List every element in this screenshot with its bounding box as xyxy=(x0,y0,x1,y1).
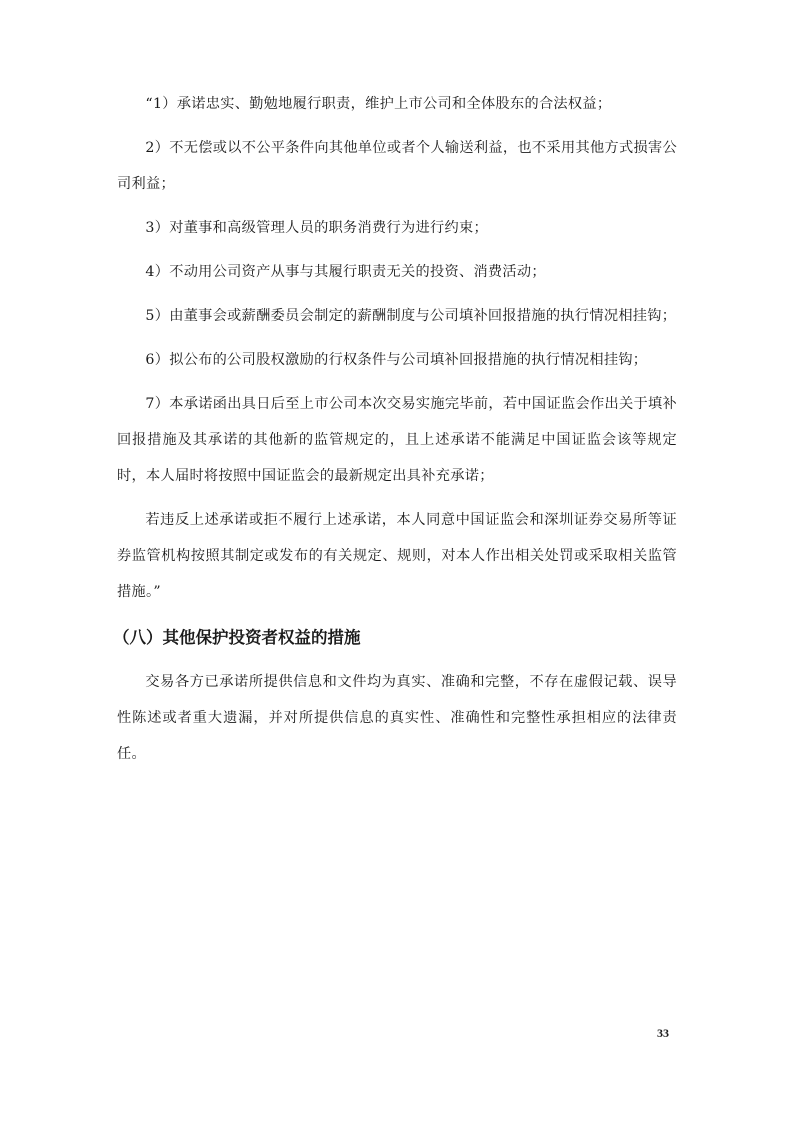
commitment-item-4: 4）不动用公司资产从事与其履行职责无关的投资、消费活动； xyxy=(117,254,677,290)
commitment-item-6: 6）拟公布的公司股权激励的行权条件与公司填补回报措施的执行情况相挂钩； xyxy=(117,342,677,378)
commitment-item-7: 7）本承诺函出具日后至上市公司本次交易实施完毕前，若中国证监会作出关于填补回报措… xyxy=(117,386,677,494)
commitment-item-5: 5）由董事会或薪酬委员会制定的薪酬制度与公司填补回报措施的执行情况相挂钩； xyxy=(117,298,677,334)
violation-clause: 若违反上述承诺或拒不履行上述承诺，本人同意中国证监会和深圳证券交易所等证券监管机… xyxy=(117,502,677,610)
commitment-item-2: 2）不无偿或以不公平条件向其他单位或者个人输送利益，也不采用其他方式损害公司利益… xyxy=(117,130,677,202)
page-number: 33 xyxy=(657,1026,669,1041)
section-body: 交易各方已承诺所提供信息和文件均为真实、准确和完整，不存在虚假记载、误导性陈述或… xyxy=(117,664,677,772)
section-heading: （八）其他保护投资者权益的措施 xyxy=(113,620,677,656)
document-page: “1）承诺忠实、勤勉地履行职责，维护上市公司和全体股东的合法权益； 2）不无偿或… xyxy=(117,86,677,780)
commitment-item-3: 3）对董事和高级管理人员的职务消费行为进行约束； xyxy=(117,210,677,246)
commitment-item-1: “1）承诺忠实、勤勉地履行职责，维护上市公司和全体股东的合法权益； xyxy=(117,86,677,122)
